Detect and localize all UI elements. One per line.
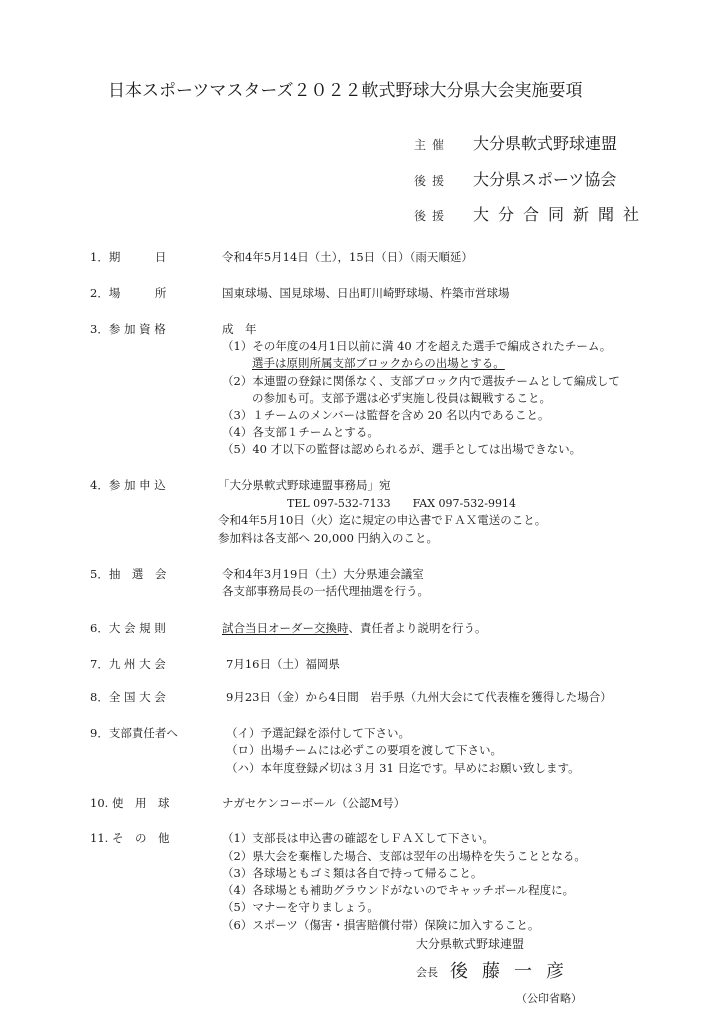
application-fee: 参加料は各支部へ 20,000 円納入のこと。 <box>218 530 438 546</box>
application-addressee: 「大分県軟式野球連盟事務局」宛 <box>218 477 391 493</box>
section-ball-label: 10. 使 用 球 <box>90 795 169 811</box>
other-item-3: （3）各球場ともゴミ類は各自で持って帰ること。 <box>222 865 482 881</box>
section-eligibility-label: 3．参 加 資 格 <box>90 321 166 337</box>
section-application-label: 4．参 加 申 込 <box>90 477 166 493</box>
section-branch-label: 9．支部責任者へ <box>90 725 178 741</box>
other-item-2: （2）県大会を棄権した場合、支部は翌年の出場枠を失うこととなる。 <box>222 848 586 864</box>
eligibility-category: 成 年 <box>222 321 257 337</box>
branch-item-ha: （ハ）本年度登録〆切は３月 31 日迄です。早めにお願い致します。 <box>226 760 580 776</box>
ball-value: ナガセケンコーボール（公認M号） <box>222 795 405 811</box>
section-kyushu-label: 7．九 州 大 会 <box>90 656 166 672</box>
organizer-role-support-2: 後援 <box>414 207 450 224</box>
organizer-role-host: 主催 <box>414 136 450 153</box>
application-contact: TEL 097-532-7133 FAX 097-532-9914 <box>287 495 516 511</box>
other-item-5: （5）マナーを守りましょう。 <box>222 899 379 915</box>
national-value: 9月23日（金）から4日間 岩手県（九州大会にて代表権を獲得した場合） <box>226 689 612 705</box>
draw-note: 各支部事務局長の一括代理抽選を行う。 <box>222 583 429 599</box>
other-item-4: （4）各球場とも補助グラウンドがないのでキャッチボール程度に。 <box>222 882 574 898</box>
section-date-value: 令和4年5月14日（土），15日（日）（雨天順延） <box>222 249 473 265</box>
rules-value: 試合当日オーダー交換時、責任者より説明を行う。 <box>222 620 487 636</box>
other-item-6: （6）スポーツ（傷害・損害賠償付帯）保険に加入すること。 <box>222 917 539 933</box>
organizer-name-support-2: 大分合同新聞社 <box>473 202 648 225</box>
section-other-label: 11. そ の 他 <box>90 830 169 846</box>
section-national-label: 8．全 国 大 会 <box>90 689 166 705</box>
organizer-name-support-1: 大分県スポーツ協会 <box>473 167 616 190</box>
eligibility-item-1-note: 選手は原則所属支部ブロックからの出場とする。 <box>252 355 505 371</box>
rules-underlined: 試合当日オーダー交換時 <box>222 621 349 635</box>
eligibility-item-2-cont: の参加も可。支部予選は必ず実施し役員は観戦すること。 <box>252 390 551 406</box>
application-deadline: 令和4年5月10日（火）迄に規定の申込書でＦＡＸ電送のこと。 <box>218 512 546 528</box>
branch-item-i: （イ）予選記録を添付して下さい。 <box>226 725 410 741</box>
kyushu-value: 7月16日（土）福岡県 <box>226 656 340 672</box>
section-date-label: 1．期 日 <box>90 249 166 265</box>
section-venue-value: 国東球場、国見球場、日出町川崎野球場、杵築市営球場 <box>222 285 510 301</box>
eligibility-item-1: （1）その年度の4月1日以前に満 40 才を超えた選手で編成されたチーム。 <box>222 338 611 354</box>
section-draw-label: 5．抽 選 会 <box>90 566 166 582</box>
rules-rest: 、責任者より説明を行う。 <box>349 621 487 635</box>
draw-date: 令和4年3月19日（土）大分県連会議室 <box>222 566 424 582</box>
signature-role: 会長 <box>416 964 438 980</box>
document-title: 日本スポーツマスターズ２０２２軟式野球大分県大会実施要項 <box>108 76 582 101</box>
other-item-1: （1）支部長は申込書の確認をしＦＡＸして下さい。 <box>222 830 494 846</box>
eligibility-item-3: （3）１チームのメンバーは監督を含め 20 名以内であること。 <box>222 407 549 423</box>
signature-organization: 大分県軟式野球連盟 <box>416 935 524 952</box>
organizer-role-support-1: 後援 <box>414 172 450 189</box>
eligibility-item-5: （5）40 才以下の監督は認められるが、選手としては出場できない。 <box>222 441 581 457</box>
section-venue-label: 2．場 所 <box>90 285 166 301</box>
section-rules-label: 6．大 会 規 則 <box>90 620 166 636</box>
eligibility-item-4: （4）各支部１チームとする。 <box>222 424 379 440</box>
organizer-name-host: 大分県軟式野球連盟 <box>473 131 617 154</box>
seal-omitted-note: （公印省略） <box>516 990 582 1006</box>
branch-item-ro: （ロ）出場チームには必ずこの要項を渡して下さい。 <box>226 742 502 758</box>
signature-name: 後藤一彦 <box>450 957 578 983</box>
eligibility-item-2: （2）本連盟の登録に関係なく、支部ブロック内で選抜チームとして編成して <box>222 373 620 389</box>
